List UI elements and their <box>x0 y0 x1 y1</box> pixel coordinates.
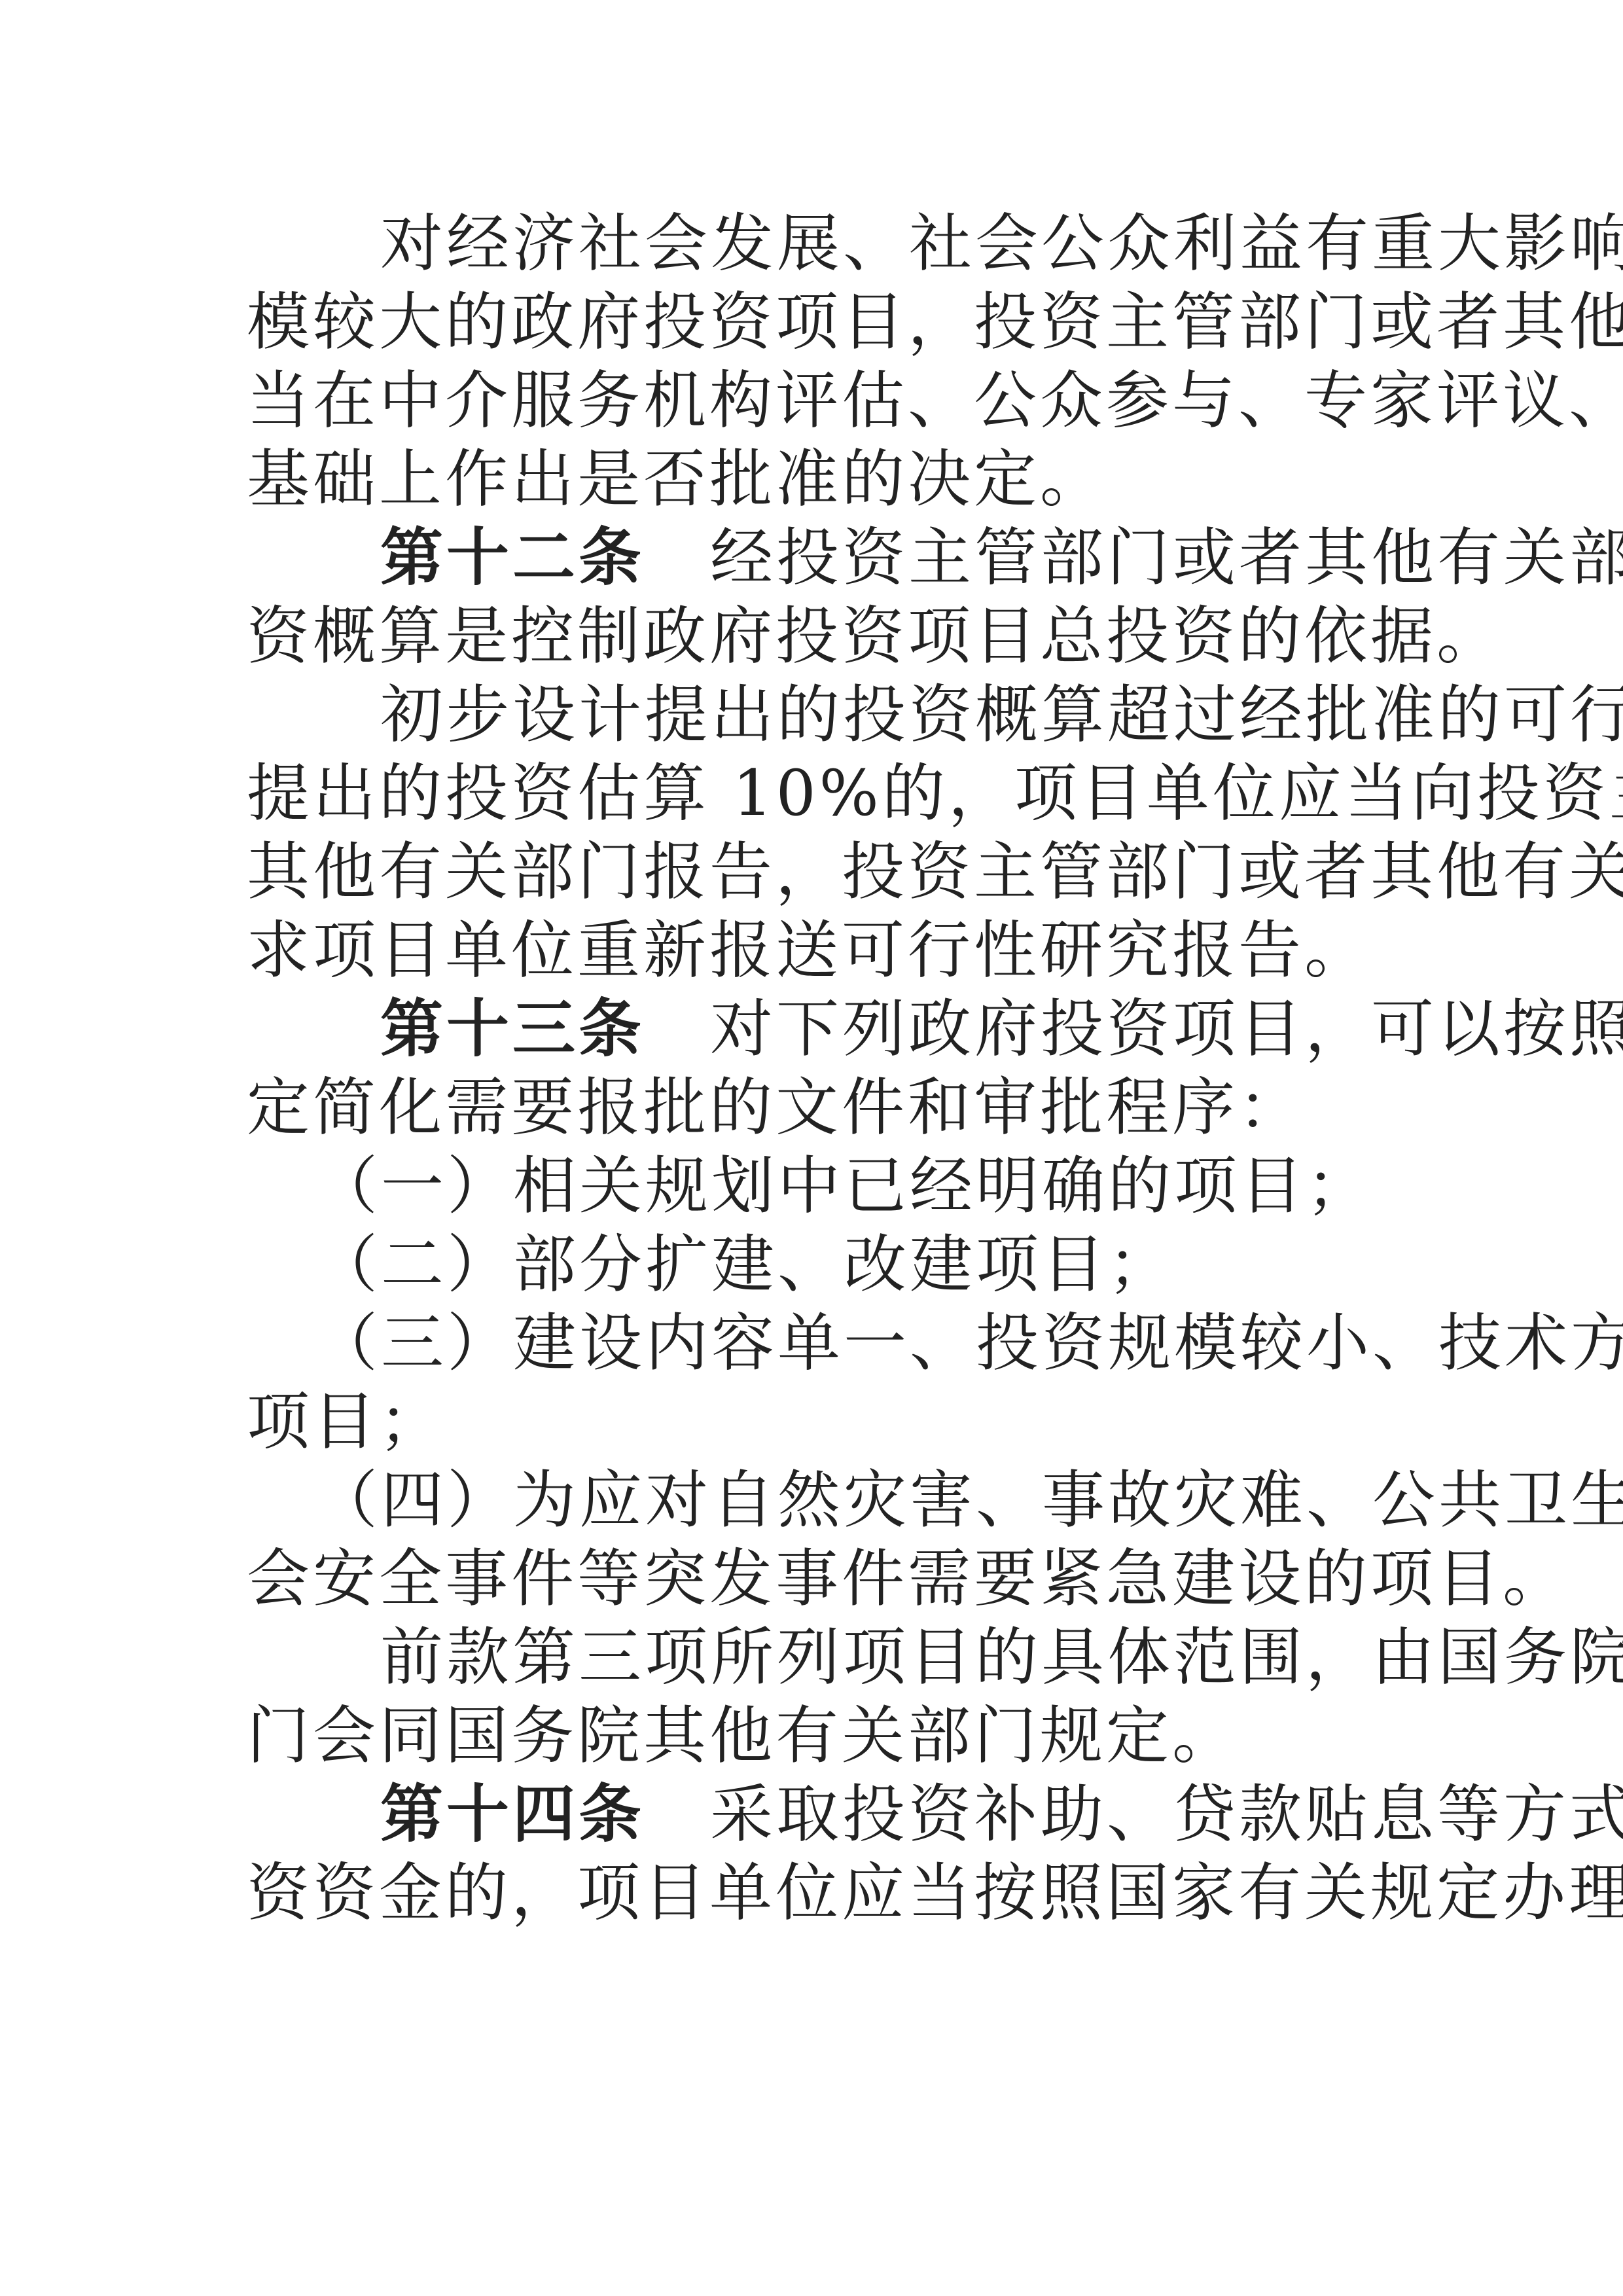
paragraph-line: 提出的投资估算 10%的，项目单位应当向投资主管部门或者 <box>247 754 1623 833</box>
list-item: （四）为应对自然灾害、事故灾难、公共卫生事件、社 <box>247 1461 1623 1539</box>
article-text: 对下列政府投资项目，可以按照国家有关规 <box>710 992 1623 1066</box>
list-item: （三）建设内容单一、投资规模较小、技术方案简单的 <box>247 1304 1623 1382</box>
article-13-line: 第十三条对下列政府投资项目，可以按照国家有关规 <box>247 990 1623 1068</box>
article-number: 第十二条 <box>380 520 645 594</box>
paragraph-line: 求项目单位重新报送可行性研究报告。 <box>247 911 1370 990</box>
paragraph-line: 资资金的，项目单位应当按照国家有关规定办理手续。 <box>247 1854 1623 1932</box>
article-number: 第十三条 <box>380 992 645 1066</box>
paragraph-line: 项目； <box>247 1382 445 1461</box>
article-14-line: 第十四条采取投资补助、贷款贴息等方式安排政府投 <box>247 1775 1623 1854</box>
paragraph-line: 定简化需要报批的文件和审批程序： <box>247 1068 1304 1147</box>
paragraph-line: 对经济社会发展、社会公众利益有重大影响或者投资规 <box>247 204 1623 283</box>
paragraph-line: 前款第三项所列项目的具体范围，由国务院投资主管部 <box>247 1618 1623 1696</box>
article-text: 采取投资补助、贷款贴息等方式安排政府投 <box>710 1778 1623 1851</box>
article-12-line: 第十二条经投资主管部门或者其他有关部门核定的投 <box>247 518 1623 597</box>
paragraph-line: 其他有关部门报告，投资主管部门或者其他有关部门可以要 <box>247 833 1623 911</box>
list-item: （二）部分扩建、改建项目； <box>247 1225 1174 1304</box>
paragraph-line: 基础上作出是否批准的决定。 <box>247 440 1106 518</box>
paragraph-line: 资概算是控制政府投资项目总投资的依据。 <box>247 597 1503 675</box>
article-number: 第十四条 <box>380 1777 645 1851</box>
paragraph-line: 当在中介服务机构评估、公众参与、专家评议、风险评估的 <box>247 361 1623 440</box>
article-text: 经投资主管部门或者其他有关部门核定的投 <box>710 521 1623 594</box>
paragraph-line: 会安全事件等突发事件需要紧急建设的项目。 <box>247 1539 1569 1618</box>
paragraph-line: 模较大的政府投资项目，投资主管部门或者其他有关部门应 <box>247 283 1623 361</box>
paragraph-line: 门会同国务院其他有关部门规定。 <box>247 1696 1238 1775</box>
list-item: （一）相关规划中已经明确的项目； <box>247 1147 1372 1225</box>
paragraph-line: 初步设计提出的投资概算超过经批准的可行性研究报告 <box>247 675 1623 754</box>
